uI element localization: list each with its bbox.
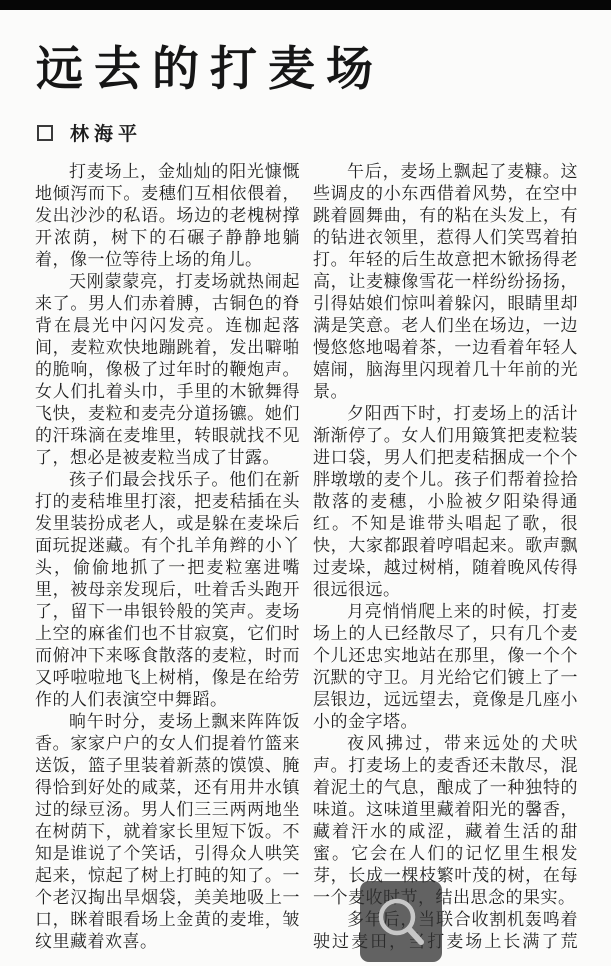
article-title: 远去的打麦场 <box>36 32 611 99</box>
author-name: 林海平 <box>70 119 142 146</box>
article-page: 远去的打麦场 林海平 打麦场上，金灿灿的阳光慷慨地倾泻而下。麦穗们互相依偎着，发… <box>0 10 611 957</box>
page: 远去的打麦场 林海平 打麦场上，金灿灿的阳光慷慨地倾泻而下。麦穗们互相依偎着，发… <box>0 0 611 966</box>
paragraph: 晌午时分，麦场上飘来阵阵饭香。家家户户的女人们提着竹篮来送饭，篮子里装着新蒸的馍… <box>35 711 300 953</box>
top-black-bar <box>0 0 611 10</box>
article-body: 打麦场上，金灿灿的阳光慷慨地倾泻而下。麦穗们互相依偎着，发出沙沙的私语。场边的老… <box>35 161 578 957</box>
byline: 林海平 <box>37 119 611 146</box>
paragraph: 月亮悄悄爬上来的时候，打麦场上的人已经散尽了，只有几个麦个儿还忠实地站在那里，像… <box>313 601 578 733</box>
paragraph: 午后，麦场上飘起了麦糠。这些调皮的小东西借着风势，在空中跳着圆舞曲，有的粘在头发… <box>313 161 578 403</box>
author-marker-square <box>37 125 53 141</box>
magnifier-button[interactable] <box>360 881 442 962</box>
paragraph: 天刚蒙蒙亮，打麦场就热闹起来了。男人们赤着膊，古铜色的脊背在晨光中闪闪发亮。连枷… <box>35 271 300 469</box>
paragraph: 打麦场上，金灿灿的阳光慷慨地倾泻而下。麦穗们互相依偎着，发出沙沙的私语。场边的老… <box>35 161 300 271</box>
paragraph: 夜风拂过，带来远处的犬吠声。打麦场上的麦香还未散尽，混着泥土的气息，酿成了一种独… <box>313 733 578 909</box>
paragraph: 孩子们最会找乐子。他们在新打的麦秸堆里打滚，把麦秸插在头发里装扮成老人，或是躲在… <box>35 469 300 711</box>
paragraph: 夕阳西下时，打麦场上的活计渐渐停了。女人们用簸箕把麦粒装进口袋，男人们把麦秸捆成… <box>313 403 578 601</box>
magnifier-icon <box>372 893 430 951</box>
